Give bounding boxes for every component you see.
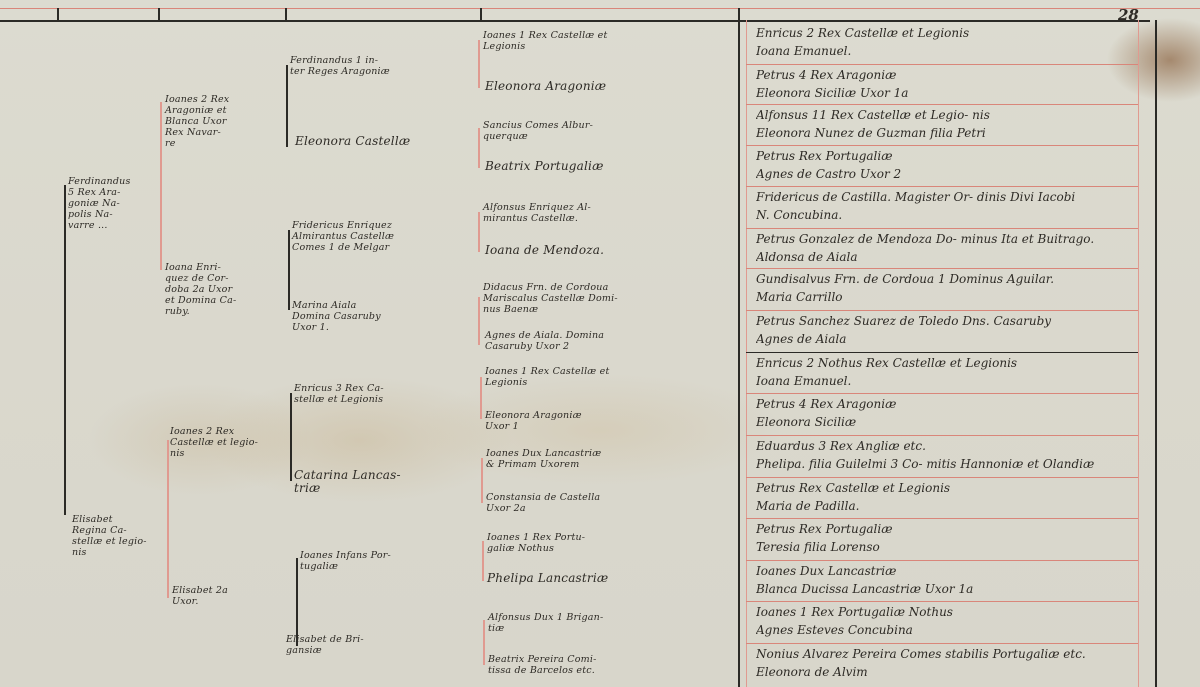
table-right-frame [1155,20,1157,687]
ancestor-male: Petrus Rex Castellæ et Legionis [756,481,1151,495]
gen3-bracket-4 [296,558,298,646]
ancestor-row: Alfonsus 11 Rex Castellæ et Legio- nis E… [748,104,1150,144]
gen3-bracket-1 [286,65,288,147]
ancestor-male: Petrus 4 Rex Aragoniæ [756,397,1151,411]
ancestor-row: Nonius Alvarez Pereira Comes stabilis Po… [748,643,1150,683]
gen4-item: Beatrix Pereira Comi- tissa de Barcelos … [488,654,743,676]
ancestor-female: Blanca Ducissa Lancastriæ Uxor 1a [756,582,1151,596]
ancestor-male: Enricus 2 Rex Castellæ et Legionis [756,26,1151,40]
gen3-bracket-2 [288,230,290,310]
ancestor-male: Gundisalvus Frn. de Cordoua 1 Dominus Ag… [756,272,1151,286]
ancestor-female: Eleonora de Alvim [756,665,1151,679]
ancestor-female: Phelipa. filia Guilelmi 3 Co- mitis Hann… [756,457,1151,471]
ancestor-row: Eduardus 3 Rex Angliæ etc. Phelipa. fili… [748,435,1150,475]
table-left-red-margin [746,20,747,687]
gen2-ioanes-2: Ioanes 2 Rex Aragoniæ et Blanca Uxor Rex… [165,94,285,149]
gen4-item: Ioanes 1 Rex Castellæ et Legionis [485,366,740,388]
gen4-item: Alfonsus Dux 1 Brigan- tiæ [488,612,743,634]
ancestor-female: N. Concubina. [756,208,1151,222]
column-tick [158,8,160,20]
gen4-item: Eleonora Aragoniæ [485,80,740,93]
gen4-bracket-5 [480,377,482,419]
ancestor-male: Fridericus de Castilla. Magister Or- din… [756,190,1151,204]
gen4-bracket-3 [478,212,480,252]
ancestor-female: Eleonora Siciliæ [756,415,1151,429]
gen4-bracket-2 [478,128,480,168]
gen2-bracket-upper [160,102,162,270]
ancestor-row: Ioanes Dux Lancastriæ Blanca Ducissa Lan… [748,560,1150,600]
manuscript-page: 28 Ferdinandus 5 Rex Ara- goniæ Na- poli… [0,0,1200,687]
ancestor-row: Petrus Rex Portugaliæ Agnes de Castro Ux… [748,145,1150,185]
ancestor-male: Eduardus 3 Rex Angliæ etc. [756,439,1151,453]
ancestor-male: Ioanes Dux Lancastriæ [756,564,1151,578]
ancestor-female: Agnes de Aiala [756,332,1151,346]
gen3-fridericus: Fridericus Enriquez Almirantus Castellæ … [292,220,482,253]
gen3-ferdinandus-1: Ferdinandus 1 in- ter Reges Aragoniæ [290,55,480,77]
gen2-ioanes-2-castellae: Ioanes 2 Rex Castellæ et legio- nis [170,426,290,459]
ancestor-female: Eleonora Nunez de Guzman filia Petri [756,126,1151,140]
gen4-item: Beatrix Portugaliæ [485,160,740,173]
ancestor-male: Petrus Sanchez Suarez de Toledo Dns. Cas… [756,314,1151,328]
gen4-item: Agnes de Aiala. Domina Casaruby Uxor 2 [485,330,740,352]
gen3-bracket-3 [290,393,292,481]
ancestor-row: Gundisalvus Frn. de Cordoua 1 Dominus Ag… [748,268,1150,308]
ancestor-female: Maria de Padilla. [756,499,1151,513]
gen2-elisabet-2a-uxor: Elisabet 2a Uxor. [172,585,292,607]
ancestor-male: Enricus 2 Nothus Rex Castellæ et Legioni… [756,356,1151,370]
ancestor-row: Petrus Rex Portugaliæ Teresia filia Lore… [748,518,1150,558]
ancestor-female: Agnes Esteves Concubina [756,623,1151,637]
ancestor-row: Petrus 4 Rex Aragoniæ Eleonora Siciliæ U… [748,64,1150,104]
gen1-bracket [64,185,66,515]
ancestor-female: Aldonsa de Aiala [756,250,1151,264]
gen3-catarina: Catarina Lancas- triæ [294,469,484,495]
ancestor-row: Petrus Rex Castellæ et Legionis Maria de… [748,477,1150,517]
gen4-item: Eleonora Aragoniæ Uxor 1 [485,410,740,432]
ancestor-female: Ioana Emanuel. [756,44,1151,58]
top-red-rule [0,8,1200,9]
ancestor-female: Ioana Emanuel. [756,374,1151,388]
gen4-item: Ioana de Mendoza. [485,244,740,257]
ancestor-female: Teresia filia Lorenso [756,540,1151,554]
gen3-marina-aiala: Marina Aiala Domina Casaruby Uxor 1. [292,300,482,333]
gen4-item: Ioanes 1 Rex Portu- galiæ Nothus [487,532,742,554]
ancestor-male: Petrus Rex Portugaliæ [756,522,1151,536]
gen4-item: Phelipa Lancastriæ [487,572,742,585]
ancestor-female: Agnes de Castro Uxor 2 [756,167,1151,181]
ancestor-row: Petrus 4 Rex Aragoniæ Eleonora Siciliæ [748,393,1150,433]
gen1-ferdinandus: Ferdinandus 5 Rex Ara- goniæ Na- polis N… [68,176,168,231]
ancestor-female: Maria Carrillo [756,290,1151,304]
ancestor-male: Alfonsus 11 Rex Castellæ et Legio- nis [756,108,1151,122]
ancestor-row: Enricus 2 Nothus Rex Castellæ et Legioni… [748,352,1150,392]
ancestor-row: Fridericus de Castilla. Magister Or- din… [748,186,1150,226]
gen3-enricus-3: Enricus 3 Rex Ca- stellæ et Legionis [294,383,484,405]
gen4-bracket-6 [481,458,483,503]
ancestor-male: Petrus 4 Rex Aragoniæ [756,68,1151,82]
column-tick [480,8,482,20]
gen1-elisabet: Elisabet Regina Ca- stellæ et legio- nis [72,514,172,558]
gen4-bracket-7 [482,541,484,581]
gen4-bracket-8 [483,620,485,665]
gen4-item: Constansia de Castella Uxor 2a [486,492,741,514]
gen4-bracket-1 [478,40,480,88]
gen2-bracket-lower [167,440,169,598]
ancestor-male: Nonius Alvarez Pereira Comes stabilis Po… [756,647,1151,661]
gen3-elisabet-brigansiae: Elisabet de Bri- gansiæ [286,634,476,656]
column-tick [57,8,59,20]
gen4-item: Sancius Comes Albur- querquæ [483,120,738,142]
ancestor-male: Petrus Rex Portugaliæ [756,149,1151,163]
column-tick [285,8,287,20]
gen3-eleonora-castellae: Eleonora Castellæ [295,135,485,148]
gen2-ioana-enriquez: Ioana Enri- quez de Cor- doba 2a Uxor et… [165,262,285,317]
gen3-ioanes-infans: Ioanes Infans Por- tugaliæ [300,550,490,572]
gen4-item: Ioanes Dux Lancastriæ & Primam Uxorem [486,448,741,470]
ancestor-row: Enricus 2 Rex Castellæ et Legionis Ioana… [748,22,1150,62]
gen4-item: Ioanes 1 Rex Castellæ et Legionis [483,30,738,52]
ancestor-row: Petrus Sanchez Suarez de Toledo Dns. Cas… [748,310,1150,350]
gen4-bracket-4 [478,297,480,345]
gen4-item: Didacus Frn. de Cordoua Mariscalus Caste… [483,282,738,315]
ancestor-row: Ioanes 1 Rex Portugaliæ Nothus Agnes Est… [748,601,1150,641]
gen4-item: Alfonsus Enriquez Al- mirantus Castellæ. [483,202,738,224]
ancestor-row: Petrus Gonzalez de Mendoza Do- minus Ita… [748,228,1150,268]
ancestor-female: Eleonora Siciliæ Uxor 1a [756,86,1151,100]
ancestor-male: Ioanes 1 Rex Portugaliæ Nothus [756,605,1151,619]
ancestor-male: Petrus Gonzalez de Mendoza Do- minus Ita… [756,232,1151,246]
